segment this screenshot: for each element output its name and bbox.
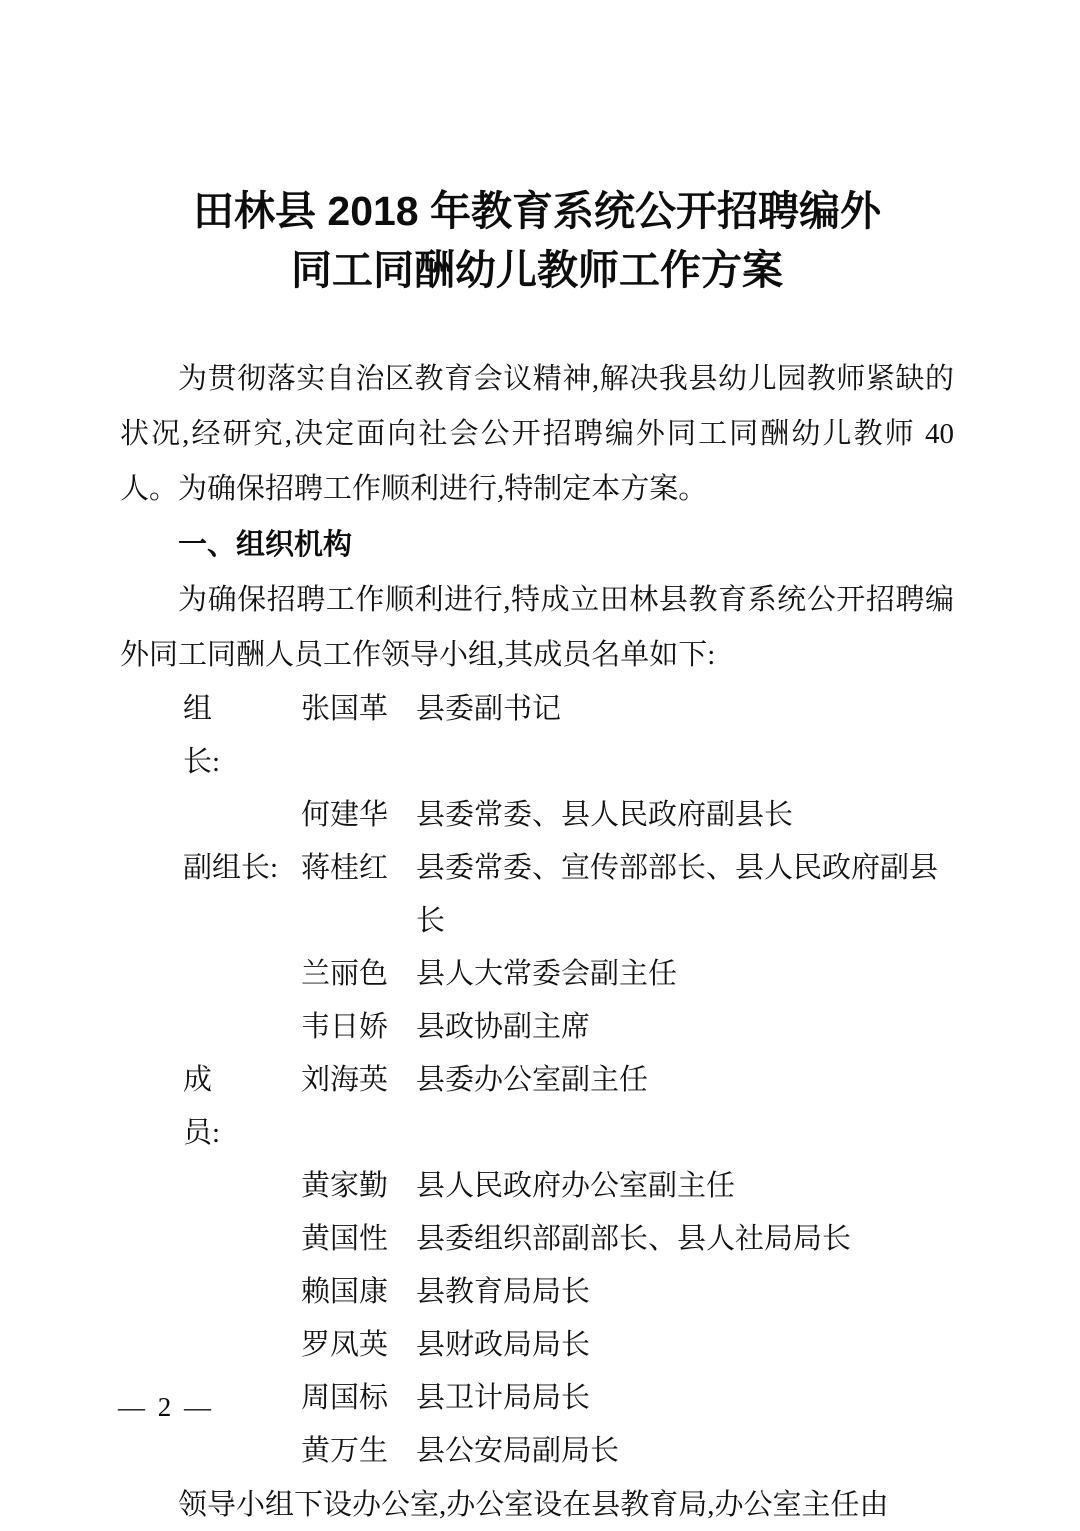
member-role-label [183, 1319, 301, 1372]
member-role-label [183, 1266, 301, 1319]
member-title: 县委组织部副部长、县人社局局长 [416, 1213, 954, 1266]
member-name: 韦日娇 [301, 1001, 416, 1054]
page-number: — 2 — [118, 1392, 214, 1423]
member-row: 兰丽色 县人大常委会副主任 [120, 948, 954, 1001]
member-name: 刘海英 [301, 1054, 416, 1160]
section1-intro-paragraph: 为确保招聘工作顺利进行,特成立田林县教育系统公开招聘编外同工同酬人员工作领导小组… [120, 573, 954, 683]
member-name: 周国标 [301, 1372, 416, 1425]
member-name: 黄万生 [301, 1425, 416, 1478]
member-role-label [183, 1213, 301, 1266]
member-role-label [183, 948, 301, 1001]
member-row: 副组长: 蒋桂红 县委常委、宣传部部长、县人民政府副县长 [120, 842, 954, 948]
member-name: 赖国康 [301, 1266, 416, 1319]
member-row: 赖国康 县教育局局长 [120, 1266, 954, 1319]
document-title-line1: 田林县 2018 年教育系统公开招聘编外 [120, 182, 954, 241]
member-row: 组 长: 张国革 县委副书记 [120, 683, 954, 789]
member-role-label [183, 1001, 301, 1054]
member-row: 何建华 县委常委、县人民政府副县长 [120, 789, 954, 842]
member-row: 黄家勤 县人民政府办公室副主任 [120, 1160, 954, 1213]
document-page: 田林县 2018 年教育系统公开招聘编外 同工同酬幼儿教师工作方案 为贯彻落实自… [0, 0, 1080, 1531]
member-role-label [183, 1160, 301, 1213]
document-title: 田林县 2018 年教育系统公开招聘编外 同工同酬幼儿教师工作方案 [120, 182, 954, 300]
member-name: 何建华 [301, 789, 416, 842]
intro-paragraph: 为贯彻落实自治区教育会议精神,解决我县幼儿园教师紧缺的状况,经研究,决定面向社会… [120, 352, 954, 517]
member-title: 县政协副主席 [416, 1001, 954, 1054]
member-role-label [183, 789, 301, 842]
member-row: 罗凤英 县财政局局长 [120, 1319, 954, 1372]
member-role-label: 副组长: [183, 842, 301, 948]
member-row: 黄万生 县公安局副局长 [120, 1425, 954, 1478]
member-title: 县教育局局长 [416, 1266, 954, 1319]
member-row: 周国标 县卫计局局长 [120, 1372, 954, 1425]
member-title: 县人大常委会副主任 [416, 948, 954, 1001]
member-name: 黄国性 [301, 1213, 416, 1266]
member-title: 县委常委、宣传部部长、县人民政府副县长 [416, 842, 954, 948]
member-title: 县委常委、县人民政府副县长 [416, 789, 954, 842]
member-name: 蒋桂红 [301, 842, 416, 948]
member-name: 罗凤英 [301, 1319, 416, 1372]
member-title: 县人民政府办公室副主任 [416, 1160, 954, 1213]
member-role-label: 成 员: [183, 1054, 301, 1160]
member-title: 县委办公室副主任 [416, 1054, 954, 1160]
member-title: 县公安局副局长 [416, 1425, 954, 1478]
member-role-label [183, 1425, 301, 1478]
member-row: 黄国性 县委组织部副部长、县人社局局长 [120, 1213, 954, 1266]
member-row: 韦日娇 县政协副主席 [120, 1001, 954, 1054]
closing-paragraph: 领导小组下设办公室,办公室设在县教育局,办公室主任由 [120, 1478, 954, 1531]
section1-heading: 一、组织机构 [120, 517, 954, 573]
member-name: 黄家勤 [301, 1160, 416, 1213]
member-title: 县卫计局局长 [416, 1372, 954, 1425]
member-name: 兰丽色 [301, 948, 416, 1001]
leadership-member-list: 组 长: 张国革 县委副书记 何建华 县委常委、县人民政府副县长 副组长: 蒋桂… [120, 683, 954, 1478]
member-title: 县委副书记 [416, 683, 954, 789]
member-title: 县财政局局长 [416, 1319, 954, 1372]
member-role-label: 组 长: [183, 683, 301, 789]
document-title-line2: 同工同酬幼儿教师工作方案 [120, 241, 954, 300]
member-row: 成 员: 刘海英 县委办公室副主任 [120, 1054, 954, 1160]
member-name: 张国革 [301, 683, 416, 789]
